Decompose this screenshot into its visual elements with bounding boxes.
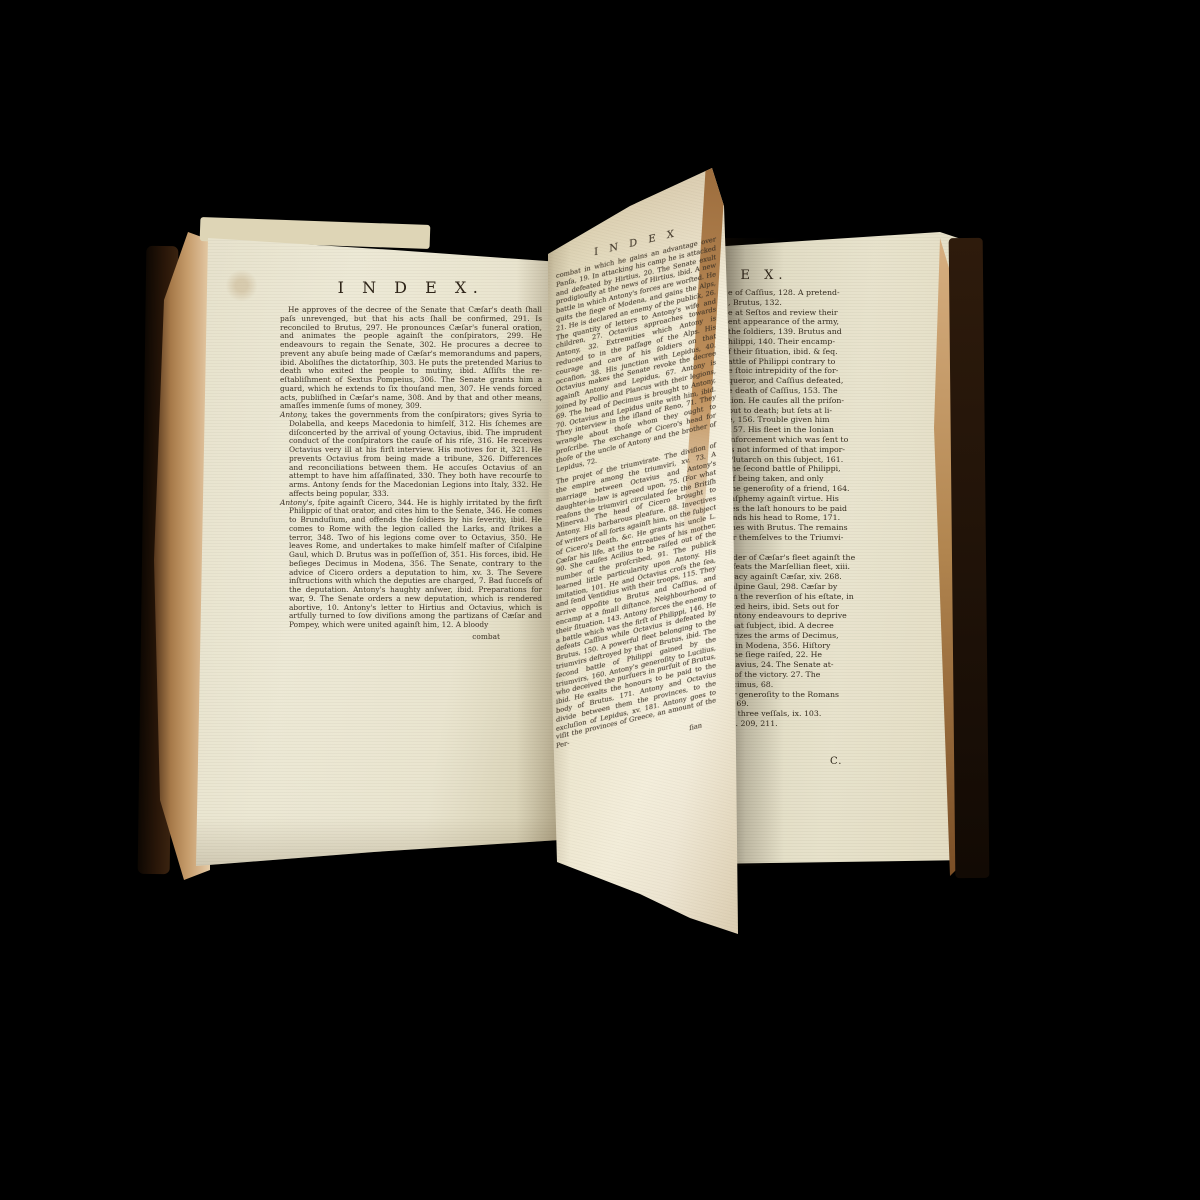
- left-page-text-block: I N D E X. He approves of the decree of …: [280, 278, 542, 641]
- entry-text: He approves of the decree of the Senate …: [280, 305, 542, 410]
- left-page: I N D E X. He approves of the decree of …: [194, 228, 560, 868]
- right-board-cover: [949, 238, 990, 878]
- page-header-index: I N D E X.: [280, 278, 542, 297]
- entry-text: takes the governments from the conſpirat…: [289, 410, 542, 498]
- signature-mark: C.: [830, 756, 842, 767]
- photo-black-background: I N D E X. He approves of the decree of …: [0, 0, 1200, 1200]
- index-entry: He approves of the decree of the Senate …: [280, 306, 542, 411]
- index-entry: Antony's, ſpite againſt Cicero, 344. He …: [280, 499, 542, 630]
- index-entry: Antony, takes the governments from the c…: [280, 411, 542, 499]
- index-paragraph: combat in which he gains an advantage ov…: [556, 235, 716, 474]
- turning-page: I N D E X combat in which he gains an ad…: [540, 160, 742, 942]
- entry-lead-word: Antony,: [280, 410, 308, 419]
- catchword: combat: [280, 632, 542, 641]
- entry-text: ſpite againſt Cicero, 344. He is highly …: [289, 498, 542, 630]
- index-paragraph: The projet of the triumvirate. The diviſ…: [556, 441, 716, 751]
- entry-lead-word: Antony's,: [280, 498, 315, 507]
- turning-page-text-block: I N D E X combat in which he gains an ad…: [556, 219, 716, 763]
